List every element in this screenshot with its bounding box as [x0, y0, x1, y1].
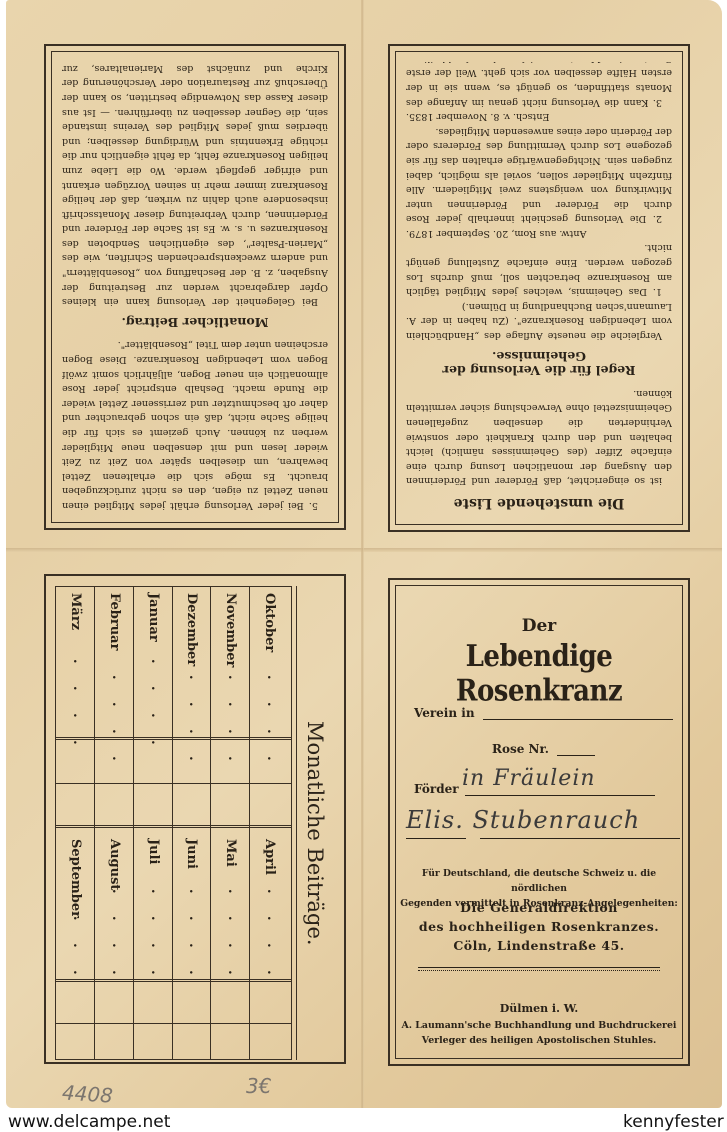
rule-2: 2. Die Verlosung geschieht innerhalb jed…	[406, 123, 672, 225]
dots: . . . .	[109, 675, 124, 770]
rose-number-field	[557, 755, 595, 756]
dots: . . . .	[109, 889, 124, 984]
dots: . . . .	[70, 659, 85, 754]
monthly-table-panel: Oktober November Dezember Januar Februar…	[44, 574, 346, 1064]
month-november: November	[223, 593, 238, 667]
dots: . . . .	[186, 889, 201, 984]
monthly-contribution-heading: Monatlicher Beitrag.	[62, 314, 328, 329]
month-mai: Mai	[223, 839, 238, 867]
foerderer-label: Förder	[414, 782, 459, 796]
pencil-note-number: 4408	[61, 1080, 113, 1107]
rule-1: 1. Das Geheimnis, welches jedes Mitglied…	[406, 240, 672, 298]
rule-5: 5. Bei jeder Verlosung erhält jedes Mitg…	[62, 337, 328, 512]
dots: . . . .	[264, 675, 279, 770]
list-heading: Die umstehende Liste	[406, 495, 672, 510]
dots: . . . .	[148, 889, 163, 984]
pencil-note-price: 3€	[246, 1074, 271, 1098]
month-april: April	[262, 839, 277, 875]
month-oktober: Oktober	[262, 593, 277, 652]
month-juni: Juni	[184, 839, 199, 869]
publisher-line-1: A. Laumann'sche Buchhandlung und Buchdru…	[396, 1018, 682, 1033]
month-juli: Juli	[146, 839, 161, 864]
place: Dülmen i. W.	[396, 1001, 682, 1016]
cover-der: Der	[396, 616, 682, 636]
watermark-left: www.delcampe.net	[8, 1112, 170, 1132]
month-maerz: März	[68, 593, 83, 630]
dots: . . . .	[225, 675, 240, 770]
month-august: August	[107, 839, 122, 890]
org-line-3: Cöln, Lindenstraße 45.	[396, 936, 682, 955]
vertical-fold	[361, 0, 364, 1108]
top-right-text: Die umstehende Liste ist so eingerichtet…	[406, 62, 672, 514]
dots: . . . .	[264, 889, 279, 984]
verein-label: Verein in	[414, 706, 475, 720]
rule-1-ref: Antw. aus Rom, 20. September 1879.	[406, 225, 672, 240]
front-cover-panel: Der Lebendige Rosenkranz Verein in Rose …	[388, 578, 690, 1066]
verein-field	[483, 719, 673, 720]
months-table: Oktober November Dezember Januar Februar…	[55, 586, 292, 1060]
top-left-panel: 5. Bei jeder Verlosung erhält jedes Mitg…	[44, 44, 346, 530]
info-line-1: Für Deutschland, die deutsche Schweiz u.…	[396, 866, 682, 896]
monthly-contribution-body: Bei Gelegenheit der Verlosung kann ein k…	[62, 62, 328, 308]
publisher-line-2: Verleger des heiligen Apostolischen Stuh…	[396, 1033, 682, 1048]
org-line-1: Die Generaldirektion	[396, 898, 682, 917]
month-januar: Januar	[146, 593, 161, 642]
month-februar: Februar	[107, 593, 122, 650]
org-line-2: des hochheiligen Rosenkranzes.	[396, 917, 682, 936]
rules-ref: Vergleiche die neueste Auflage des „Hand…	[406, 298, 672, 342]
rose-label: Rose Nr.	[492, 742, 549, 756]
monthly-contributions-heading: Monatliche Beiträge.	[303, 721, 327, 946]
top-left-text: 5. Bei jeder Verlosung erhält jedes Mitg…	[62, 62, 328, 512]
top-right-panel: Die umstehende Liste ist so eingerichtet…	[388, 44, 690, 532]
dots: . . . .	[148, 659, 163, 754]
horizontal-fold	[6, 548, 722, 552]
dots: . . . .	[70, 889, 85, 984]
dots: . . . .	[186, 675, 201, 770]
rule-3: 3. Kann die Verlosung nicht genau im Anf…	[406, 62, 672, 109]
list-intro: ist so eingerichtet, daß Förderer und Fö…	[406, 385, 672, 487]
handwritten-name: Elis. Stubenrauch	[406, 806, 640, 834]
dots: . . . .	[225, 889, 240, 984]
decorative-rule	[418, 967, 660, 971]
handwritten-fraeulein: in Fräulein	[462, 766, 596, 791]
rules-heading: Regel für die Verlosung der Geheimnisse.	[406, 348, 672, 377]
month-dezember: Dezember	[184, 593, 199, 666]
foerderer-field	[465, 795, 655, 796]
rule-2-ref: Entsch. v. 8. November 1835.	[406, 109, 672, 124]
cover-title: Lebendige Rosenkranz	[396, 640, 682, 709]
watermark-right: kennyfester	[623, 1112, 724, 1132]
